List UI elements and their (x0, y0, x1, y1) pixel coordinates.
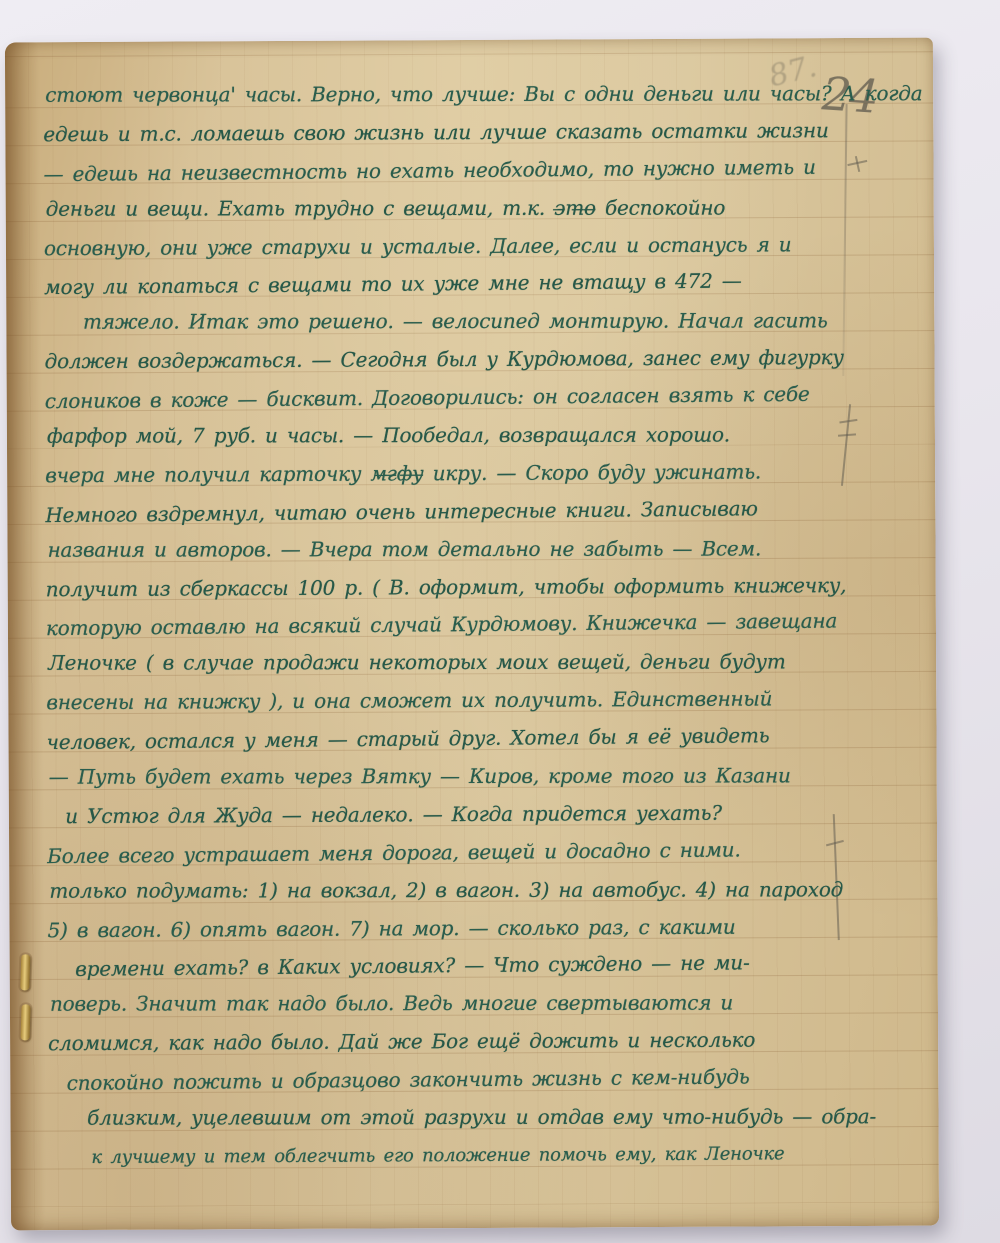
handwriting-line: стоют червонца' часы. Верно, что лучше: … (45, 75, 909, 114)
handwriting-line: Немного вздремнул, читаю очень интересны… (45, 489, 911, 535)
handwriting-line: фарфор мой, 7 руб. и часы. — Пообедал, в… (47, 416, 911, 455)
handwriting-line: близким, уцелевшим от этой разрухи и отд… (51, 1098, 915, 1137)
handwriting-line: поверь. Значит так надо было. Ведь многи… (50, 985, 914, 1024)
handwriting-line: могу ли копаться с вещами то их уже мне … (44, 261, 910, 307)
handwriting-line: спокойно пожить и образцово закончить жи… (48, 1057, 914, 1103)
page-left-edge (5, 42, 45, 1230)
handwriting-line: должен воздержаться. — Сегодня был у Кур… (44, 339, 910, 381)
handwriting-line: к лучшему и тем облегчить его положение … (49, 1135, 915, 1177)
staple-icon (20, 954, 30, 990)
handwriting-line: только подумать: 1) на вокзал, 2) в ваго… (49, 871, 913, 910)
handwriting-line: Леночке ( в случае продажи некоторых мои… (48, 644, 912, 683)
handwriting-line: едешь и т.с. ломаешь свою жизнь или лучш… (43, 112, 909, 154)
handwriting-line: внесены на книжку ), и она сможет их пол… (46, 680, 912, 722)
handwriting-line: деньги и вещи. Ехать трудно с вещами, т.… (46, 189, 910, 228)
handwriting-line: — едешь на неизвестность но ехать необхо… (43, 148, 909, 194)
handwriting-line: человек, остался у меня — старый друг. Х… (46, 716, 912, 762)
handwriting-line: которую оставлю на всякий случай Курдюмо… (46, 602, 912, 648)
handwriting-line: Более всего устрашает меня дорога, вещей… (47, 830, 913, 876)
handwriting-line: слоников в коже — бисквит. Договорились:… (45, 375, 911, 421)
handwriting-line: и Устюг для Жуда — недалеко. — Когда при… (47, 794, 913, 836)
handwriting-line: названия и авторов. — Вчера том детально… (48, 530, 912, 569)
notebook-page: 87. 24 стоют червонца' часы. Верно, что … (5, 38, 939, 1231)
handwriting-line: времени ехать? в Каких условиях? — Что с… (48, 943, 914, 989)
handwritten-text: стоют червонца' часы. Верно, что лучше: … (43, 74, 915, 1177)
handwriting-line: — Путь будет ехать через Вятку — Киров, … (49, 757, 913, 796)
handwriting-line: тяжело. Итак это решено. — велосипед мон… (46, 303, 910, 342)
handwriting-line: сломимся, как надо было. Дай же Бог ещё … (48, 1021, 914, 1063)
staple-icon (20, 1004, 30, 1040)
handwriting-line: вчера мне получил карточку м̶г̶ф̶у̶ икру… (45, 453, 911, 495)
photo-background: 87. 24 стоют червонца' часы. Верно, что … (0, 0, 1000, 1243)
